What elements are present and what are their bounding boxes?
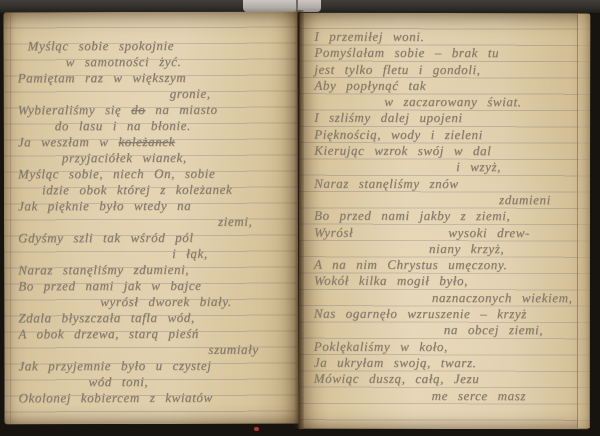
notebook-left-page: Myśląc sobie spokojniew samotności żyć.P… [3, 12, 298, 425]
handwriting-text: Gdyśmy szli tak wśród pól [18, 230, 194, 245]
struck-word: do [131, 102, 145, 117]
handwriting-line: Jak pięknie było wtedy na [18, 198, 298, 215]
handwriting-line: naznaczonych wiekiem, [314, 289, 590, 306]
handwriting-text: Jak przyjemnie było u czystej [18, 358, 211, 374]
handwriting-text: i łąk, [172, 246, 208, 261]
handwriting-text: Naraz stanęliśmy znów [314, 175, 459, 190]
handwriting-line: Aby popłynąć tak [314, 78, 590, 95]
handwriting-line: Nas ogarnęło wzruszenie – krzyż [314, 306, 590, 323]
left-page-stack-edge [10, 13, 11, 423]
handwriting-line: Myśląc sobie, niech On, sobie [18, 166, 298, 183]
handwriting-line: Bo przed nami jak w bajce [18, 278, 298, 295]
notebook-right-page: I przemiłej woni.Pomyślałam sobie – brak… [299, 13, 591, 430]
handwriting-text: ziemi, [218, 214, 252, 229]
handwriting-text: zdumieni [499, 192, 551, 207]
handwriting-text: naznaczonych wiekiem, [432, 290, 573, 305]
notebook-gutter [294, 10, 304, 428]
handwriting-text: w samotności żyć. [66, 54, 182, 69]
handwriting-text: me serce masz [432, 388, 526, 403]
struck-word: koleżanek [118, 134, 175, 149]
handwriting-text: idzie obok której z koleżanek [42, 182, 232, 197]
handwriting-line: Wokół kilka mogił było, [314, 273, 590, 290]
handwriting-line: Pamiętam raz w większym [18, 70, 298, 87]
handwriting-text: Okolonej kobiercem z kwiatów [18, 390, 212, 406]
handwriting-text: I przemiłej woni. [314, 29, 424, 44]
handwriting-line: idzie obok której z koleżanek [18, 182, 298, 199]
handwriting-text: Poklękaliśmy w koło, [314, 338, 448, 353]
handwriting-text: na miasto [145, 102, 217, 117]
handwriting-text: Pięknością, wody i zieleni [314, 127, 483, 142]
handwriting-line: wód toni, [18, 374, 298, 391]
handwriting-text: Aby popłynąć tak [314, 78, 426, 93]
handwriting-text: szumiały [208, 342, 258, 357]
handwriting-line: na obcej ziemi, [314, 322, 590, 339]
handwriting-text: wód toni, [88, 374, 148, 389]
handwriting-line: Poklękaliśmy w koło, [314, 338, 590, 355]
handwriting-text: Wokół kilka mogił było, [314, 273, 468, 288]
handwriting-line: szumiały [18, 342, 298, 359]
handwriting-text: Mówiąc duszą, całą, Jezu [314, 371, 480, 386]
handwriting-line: ziemi, [18, 214, 298, 231]
handwriting-line: Wyrósłwysoki drew- [314, 224, 590, 241]
handwriting-line: Myśląc sobie spokojnie [18, 38, 298, 55]
handwriting-line: I szliśmy dalej upojeni [314, 110, 590, 127]
handwriting-line: w samotności żyć. [18, 54, 298, 71]
handwriting-text: Bo przed nami jak w bajce [18, 278, 201, 293]
handwriting-line: Jak przyjemnie było u czystej [18, 358, 298, 375]
handwriting-text: Jak pięknie było wtedy na [18, 198, 191, 213]
handwriting-line: Gdyśmy szli tak wśród pól [18, 230, 298, 247]
handwriting-text: przyjaciółek wianek, [62, 150, 187, 165]
handwriting-text: wyrósł dworek biały. [100, 294, 232, 309]
handwriting-line: gronie, [18, 86, 298, 103]
right-page-stack-edge [578, 14, 590, 428]
red-mark [254, 427, 259, 431]
handwriting-line: Ja ukryłam swoją, twarz. [314, 355, 590, 372]
handwriting-text: do lasu i na błonie. [55, 118, 191, 133]
handwriting-line: Ja weszłam w koleżanek [18, 134, 298, 151]
handwriting-line: zdumieni [314, 192, 590, 209]
handwriting-text: Ja weszłam w [18, 134, 119, 149]
handwriting-line: Wybieraliśmy się do na miasto [18, 102, 298, 119]
handwriting-line: niany krzyż, [314, 241, 590, 258]
handwriting-text: Myśląc sobie, niech On, sobie [18, 166, 215, 182]
handwriting-line: w zaczarowany świat. [314, 94, 590, 111]
handwriting-line: Mówiąc duszą, całą, Jezu [314, 371, 590, 388]
handwriting-text: Kierując wzrok swój w dal [314, 143, 491, 158]
handwriting-line: Naraz stanęliśmy znów [314, 175, 590, 192]
handwriting-line: Pięknością, wody i zieleni [314, 127, 590, 144]
handwriting-text: Wybieraliśmy się [18, 102, 131, 117]
handwriting-line: Zdala błyszczała tafla wód, [18, 310, 298, 327]
handwriting-text: Pamiętam raz w większym [18, 70, 187, 85]
handwriting-line: Pomyślałam sobie – brak tu [314, 45, 590, 62]
handwriting-line: me serce masz [314, 387, 590, 404]
handwriting-text: wysoki drew- [448, 225, 530, 240]
handwriting-line: Kierując wzrok swój w dal [314, 143, 590, 160]
handwriting-text: A obok drzewa, starą pieśń [18, 326, 199, 341]
handwriting-text: gronie, [170, 86, 211, 101]
handwriting-line: i wzyż, [314, 159, 590, 176]
handwriting-text: Pomyślałam sobie – brak tu [314, 45, 499, 60]
handwriting-line: do lasu i na błonie. [18, 118, 298, 135]
handwriting-text: Naraz stanęliśmy zdumieni, [18, 262, 189, 277]
handwriting-text: Zdala błyszczała tafla wód, [18, 310, 195, 325]
handwriting-text: niany krzyż, [429, 241, 504, 256]
handwriting-text: na obcej ziemi, [444, 322, 543, 337]
handwriting-line: wyrósł dworek biały. [18, 294, 298, 311]
handwriting-text: Nas ogarnęło wzruszenie – krzyż [314, 306, 527, 321]
handwriting-text: Myśląc sobie spokojnie [28, 38, 175, 53]
handwriting-text: Bo przed nami jakby z ziemi, [314, 208, 510, 223]
handwriting-line: przyjaciółek wianek, [18, 150, 298, 167]
handwriting-text: A na nim Chrystus umęczony. [314, 257, 507, 272]
handwriting-text: Ja ukryłam swoją, twarz. [314, 355, 477, 370]
handwriting-text: w zaczarowany świat. [384, 94, 521, 109]
handwriting-line: Bo przed nami jakby z ziemi, [314, 208, 590, 225]
handwriting-line: A obok drzewa, starą pieśń [18, 326, 298, 343]
handwriting-line: jest tylko fletu i gondoli, [314, 61, 590, 78]
handwriting-text: i wzyż, [456, 159, 501, 174]
handwriting-text: Wyrósł [314, 224, 353, 239]
handwriting-line: Naraz stanęliśmy zdumieni, [18, 262, 298, 279]
book-spine-top [243, 0, 321, 12]
handwriting-line: Okolonej kobiercem z kwiatów [18, 390, 298, 407]
handwriting-line: i łąk, [18, 246, 298, 263]
handwriting-text: jest tylko fletu i gondoli, [314, 61, 480, 76]
handwriting-line: I przemiłej woni. [314, 29, 590, 46]
handwriting-line: A na nim Chrystus umęczony. [314, 257, 590, 274]
handwriting-text: I szliśmy dalej upojeni [314, 110, 462, 125]
